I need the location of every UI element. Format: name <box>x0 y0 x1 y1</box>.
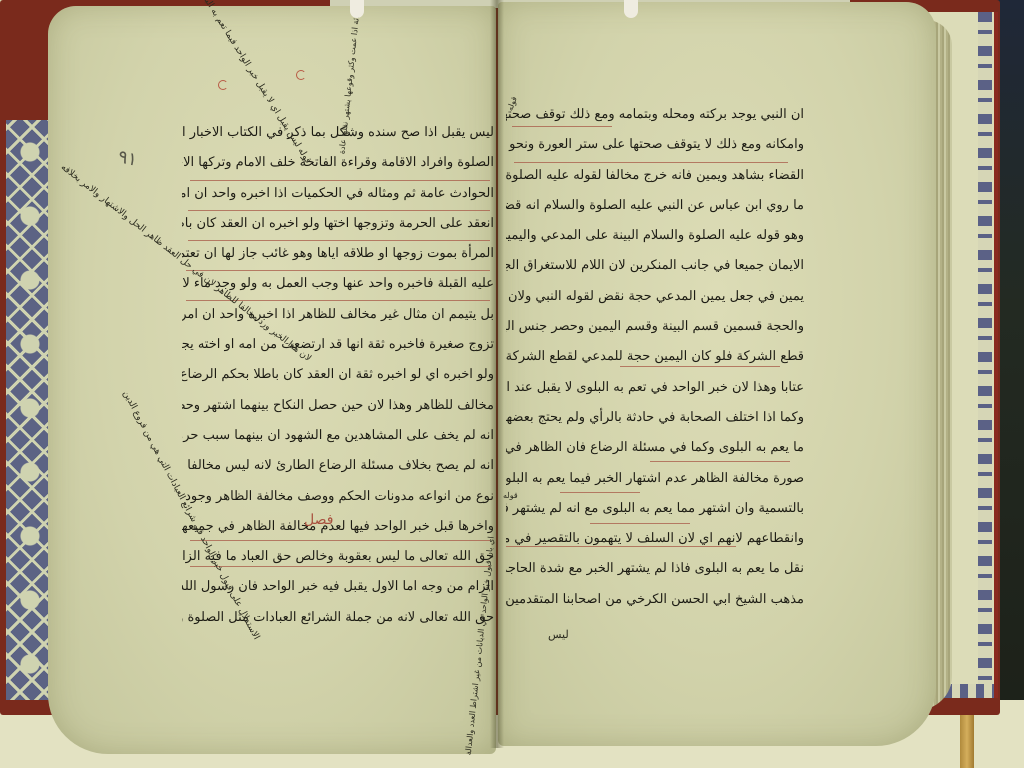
red-rule <box>650 461 790 462</box>
red-rule <box>560 492 640 493</box>
text-line: تزوج صغيرة فاخبره ثقة انها قد ارتضعت من … <box>182 330 494 360</box>
text-line: وامكانه ومع ذلك لا يتوقف صحتها على ستر ا… <box>506 130 804 160</box>
endpaper-right-pattern <box>978 12 992 698</box>
red-rule <box>506 546 736 547</box>
book-gutter <box>490 0 504 748</box>
red-annotation-mark <box>218 80 228 90</box>
text-line: حق الله تعالى لانه من جملة الشرائع العبا… <box>182 603 494 633</box>
red-rule <box>190 540 490 541</box>
red-rule <box>186 270 490 271</box>
red-rule <box>514 162 788 163</box>
text-line: حق الله تعالى ما ليس بعقوبة وخالص حق الع… <box>182 542 494 572</box>
text-line: قطع الشركة فلو كان اليمين حجة للمدعي لقط… <box>506 342 804 372</box>
text-line: وانقطاعهم لانهم اي لان السلف لا يتهمون ب… <box>506 524 804 554</box>
holder-peg-left <box>350 0 364 18</box>
text-line: يمين في جعل يمين المدعي حجة نقض لقوله ال… <box>506 282 804 312</box>
text-line: ما روي ابن عباس عن النبي عليه الصلوة وال… <box>506 191 804 221</box>
rubric-fasl: فصل <box>304 512 333 528</box>
text-line: نوع من انواعه مدونات الحكم ووصف مخالفة ا… <box>182 482 494 512</box>
red-rule <box>512 126 612 127</box>
text-line: الحوادث عامة ثم ومثاله في الحكميات اذا ا… <box>182 179 494 209</box>
text-line: وكما اذا اختلف الصحابة في حادثة بالرأي و… <box>506 403 804 433</box>
text-line: عتابا وهذا لان خبر الواحد في تعم به البل… <box>506 373 804 403</box>
text-line: صورة مخالفة الظاهر عدم اشتهار الخبر فيما… <box>506 464 804 494</box>
text-line: مخالف للظاهر وهذا لان حين حصل النكاح بين… <box>182 391 494 421</box>
text-line: نقل ما يعم به البلوى فاذا لم يشتهر الخبر… <box>506 554 804 584</box>
red-rule <box>190 180 490 181</box>
text-line: والحجة قسمين قسم البينة وقسم اليمين وحصر… <box>506 312 804 342</box>
text-line: المرأة بموت زوجها او طلاقه اياها وهو غائ… <box>182 239 494 269</box>
text-line: انعقد على الحرمة وتزوجها اختها ولو اخبره… <box>182 209 494 239</box>
holder-peg-right <box>624 0 638 18</box>
text-line: واخرها قبل خبر الواحد فيها لعدم مخالفة ا… <box>182 512 494 542</box>
red-rule <box>188 240 490 241</box>
catchword: ليس <box>548 628 569 641</box>
red-rule <box>590 523 690 524</box>
red-annotation-mark <box>296 70 306 80</box>
right-page-main-text: ان النبي يوجد بركته ومحله وبتمامه ومع ذل… <box>506 100 804 615</box>
text-line: الايمان جميعا في جانب المنكرين لان اللام… <box>506 251 804 281</box>
margin-note-line-14-left: قوله <box>503 490 518 502</box>
text-line: ما يعم به البلوى وكما في مسئلة الرضاع فا… <box>506 433 804 463</box>
text-line: انه لم يصح بخلاف مسئلة الرضاع الطارئ لان… <box>182 451 494 481</box>
left-page-main-text: ليس يقبل اذا صح سنده وشكل بما ذكر في الك… <box>182 118 494 633</box>
red-rule <box>188 210 490 211</box>
text-line: وهو قوله عليه الصلوة والسلام البينة على … <box>506 221 804 251</box>
red-rule <box>620 366 780 367</box>
text-line: انه لم يخف على المشاهدين مع الشهود ان بي… <box>182 421 494 451</box>
text-line: بالتسمية وان اشتهر مما يعم به البلوى مع … <box>506 494 804 524</box>
text-line: مذهب الشيخ ابي الحسن الكرخي من اصحابنا ا… <box>506 585 804 615</box>
text-line: ولو اخبره اي لو اخبره ثقة ان العقد كان ب… <box>182 360 494 390</box>
red-rule <box>190 566 490 567</box>
text-line: القضاء بشاهد ويمين فانه خرج مخالفا لقوله… <box>506 161 804 191</box>
